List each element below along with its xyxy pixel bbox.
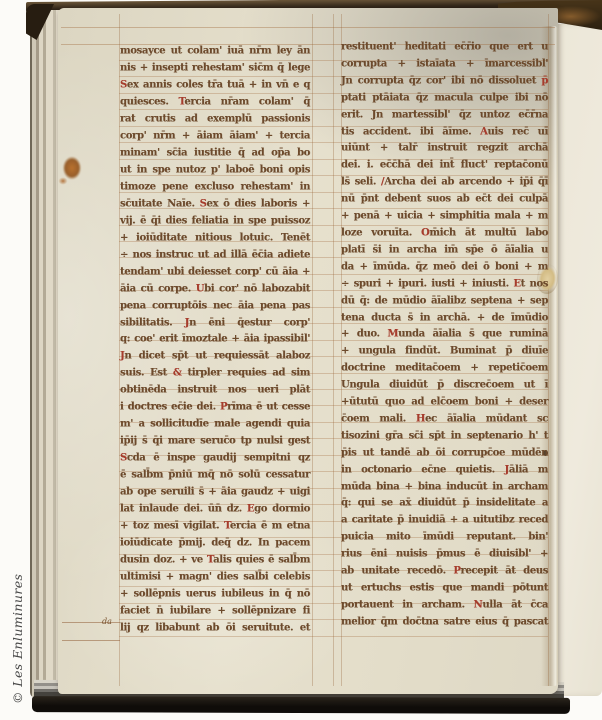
- manuscript-text-line: ÷ nos instruc ut ad illā ēc̄ia adiete: [120, 249, 310, 261]
- manuscript-text-line: vij. ē q̄i dies feliatia in spe puissoz: [120, 215, 310, 227]
- ruling-line-vertical: [333, 14, 334, 686]
- manuscript-text-line: nū p̄nt debent suos ab ec̄t dei culpā: [341, 193, 548, 205]
- underlying-page-edge: [552, 24, 602, 696]
- manuscript-text-line: in octonario ec̄ne quietis. Jāliā m: [341, 464, 548, 476]
- manuscript-text-line: sc̄uitate Naīe. Sex ō dies laboris +: [120, 198, 310, 210]
- manuscript-text-line: + toz mesī vigilat. Tercia ē m etna: [120, 520, 310, 532]
- manuscript-text-line: timoze pene excluso rehestam' in: [120, 181, 310, 193]
- rust-stain-small: [57, 176, 69, 186]
- manuscript-text-line: corrupta + istaīata + īmarcessibl': [341, 58, 548, 70]
- manuscript-text-line: tena ducta s̄ in archā. + de īmūdio: [341, 312, 548, 324]
- manuscript-text-line: mosayce ut colam' iuā nr̄m ley ān: [120, 45, 310, 57]
- manuscript-text-line: +ūtutū quo ad elc̄oem boni + deser: [341, 396, 548, 408]
- manuscript-text-line: lij qz libabunt ab ōi seruitute. et: [120, 622, 310, 634]
- manuscript-text-line: + sollēpnis uerus iubileus in q̄ nō: [120, 588, 310, 600]
- manuscript-text-line: dei. i. ec̄c̄hā dei int̄ fluct' reptac̄o…: [341, 159, 548, 171]
- manuscript-text-line: nis + insepti rehestam' sic̄m q̄ lege: [120, 62, 310, 74]
- manuscript-text-line: faciet n̄ iubilare + sollēpnizare fi: [120, 605, 310, 617]
- manuscript-text-line: Ungula diuidūt p̄ discrec̄oem ut ī: [341, 379, 548, 391]
- ruling-line-top: [61, 27, 555, 28]
- manuscript-text-line: obtinēda instruit nos ueri plāt: [120, 384, 310, 396]
- manuscript-text-line: q: coe' erit īmoztale + āia ipassibil': [120, 333, 310, 345]
- manuscript-text-line: a caritate p̄ inuidiā + a uitutibz reced: [341, 514, 548, 526]
- manuscript-text-line: + ioiūditate nitious lotuic. Tenēt: [120, 232, 310, 244]
- manuscript-text-line: restituent' heditati ec̄r̄io que ert u: [341, 41, 548, 53]
- manuscript-text-line: corp' nr̄m + āiam āiam' + tercia: [120, 130, 310, 142]
- manuscript-text-line: Jn corrupta q̄z cor' ibi nō dissoluet p̄: [341, 75, 548, 87]
- manuscript-text-line: ab unitate recedō. Precepit āt deus: [341, 565, 548, 577]
- copyright-watermark: © Les Enluminures: [10, 564, 25, 704]
- manuscript-text-line: Jn dicet sp̄t ut requiessāt alaboz: [120, 350, 310, 362]
- manuscript-text-line: pena corruptōis nec āia pena pas: [120, 300, 310, 312]
- book-cover-bottom-edge: [32, 696, 570, 714]
- manuscript-text-line: p̄is ut tandē ab ōi corrupc̄oe mūdēn: [341, 447, 548, 459]
- manuscript-text-line: platī s̄i in archa im̄ sp̄e ō āīalia u: [341, 244, 548, 256]
- manuscript-text-line: c̄oem mali. Hec āīalia mūdant sc: [341, 413, 548, 425]
- manuscript-text-line: mūda bina + bina inducūt in archam: [341, 481, 548, 493]
- manuscript-text-line: lat inlaude dei. ūn̄ dz. Ego dormio: [120, 503, 310, 515]
- ruling-line-vertical: [312, 14, 313, 686]
- manuscript-text-line: ip̄ij s̄ q̄i mare seruc̄o tp nulsi gest: [120, 435, 310, 447]
- manuscript-text-line: ē salb̄m p̄niū mq̄ nō solū cessatur: [120, 469, 310, 481]
- manuscript-text-line: ut ertuchs estis que mandi pōtunt: [341, 582, 548, 594]
- manuscript-text-line: m' a sollicitudīe male agendi quia: [120, 418, 310, 430]
- text-column-right: restituent' heditati ec̄r̄io que ert uco…: [341, 41, 548, 627]
- manuscript-text-line: uiūnt + talr̄ instruit regzit archā: [341, 142, 548, 154]
- manuscript-text-line: Scda ē inspe gaudij sempitni qz: [120, 452, 310, 464]
- manuscript-text-line: quiesces. Tercia nr̄am colam' q̄: [120, 96, 310, 108]
- manuscript-text-line: + penā + uicia + simphitia mala + m: [341, 210, 548, 222]
- manuscript-text-line: ls̄ seli. /Archa dei ab arcendo + ip̄i q…: [341, 176, 548, 188]
- manuscript-text-line: q̄: qui se ax̄ diuidūt p̄ insidelitate a: [341, 497, 548, 509]
- manuscript-text-line: dusin doz. + ve Talis quies ē salb̄m: [120, 554, 310, 566]
- manuscript-text-line: portauent in archam. Nulla āt c̄ca: [341, 599, 548, 611]
- manuscript-text-line: sibilitatis. Jn ēni q̄estur corp': [120, 317, 310, 329]
- manuscript-text-line: melior q̄m doc̄tna satre eius q̄ pascat: [341, 616, 548, 628]
- manuscript-text-line: ultimisi + magn' dies salb̄i celebis: [120, 571, 310, 583]
- manuscript-text-line: Sex annis coles tr̄a tuā + in vn̄ e q: [120, 79, 310, 91]
- manuscript-text-line: ptati ptāiata q̄z macula culpe ibi nō: [341, 92, 548, 104]
- ruling-line-margin: [62, 640, 120, 641]
- manuscript-text-line: minam' sc̄ia iustitie q̄ ad op̄a bo: [120, 147, 310, 159]
- manuscript-text-line: tis accident. ibi āīme. Auis rec̄ uī: [341, 126, 548, 138]
- manuscript-text-line: suis. Est & tirpler requies ad sim: [120, 367, 310, 379]
- manuscript-text-line: i doctres ec̄ie dei. Prīma ē ut cesse: [120, 401, 310, 413]
- manuscript-text-line: doctrine meditac̄oem + repetic̄oem: [341, 362, 548, 374]
- manuscript-text-line: + duo. Munda āīalia s̄ que ruminā: [341, 328, 548, 340]
- ruling-line-vertical: [548, 14, 549, 686]
- manuscript-text-line: ab ope seruili s̄ + āia gaudz + uigi: [120, 486, 310, 498]
- text-column-left: mosayce ut colam' iuā nr̄m ley ānnis + i…: [120, 45, 310, 633]
- manuscript-text-line: āia cū corpe. Ubi cor' nō labozabit: [120, 283, 310, 295]
- manuscript-text-line: ut in spe nutoz p' laboē boni opis: [120, 164, 310, 176]
- manuscript-text-line: ioiūdicate p̄mij. deq̄ dz. In pacem: [120, 537, 310, 549]
- manuscript-text-line: + ungula findūt. Buminat p̄ diuīe: [341, 345, 548, 357]
- manuscript-text-line: loze voruīta. Om̄ich āt multū labo: [341, 227, 548, 239]
- manuscript-text-line: tisozini gr̄a sc̄i sp̄t in septenario h'…: [341, 430, 548, 442]
- manuscript-text-line: puicia mito īmūdi reputant. bin': [341, 531, 548, 543]
- manuscript-text-line: dū q̄: de mūdio āīalibz septena + sep: [341, 295, 548, 307]
- manuscript-text-line: ÷ spuri + ipuri. iusti + iniusti. Et nos: [341, 278, 548, 290]
- manuscript-text-line: rius ēni nuisis p̄mus ē diuisibl' +: [341, 548, 548, 560]
- manuscript-text-line: rat crutis ad exemplū passionis: [120, 113, 310, 125]
- marginal-catchword: da: [102, 617, 112, 626]
- manuscript-text-line: tendam' ubi deiesset corp' cū āia +: [120, 266, 310, 278]
- manuscript-photograph: mosayce ut colam' iuā nr̄m ley ānnis + i…: [0, 0, 602, 720]
- manuscript-text-line: da + īmūda. q̄z meō dei ō boni + m: [341, 261, 548, 273]
- manuscript-text-line: erit. Jn martessibl' q̄z untoz ec̄r̄na: [341, 109, 548, 121]
